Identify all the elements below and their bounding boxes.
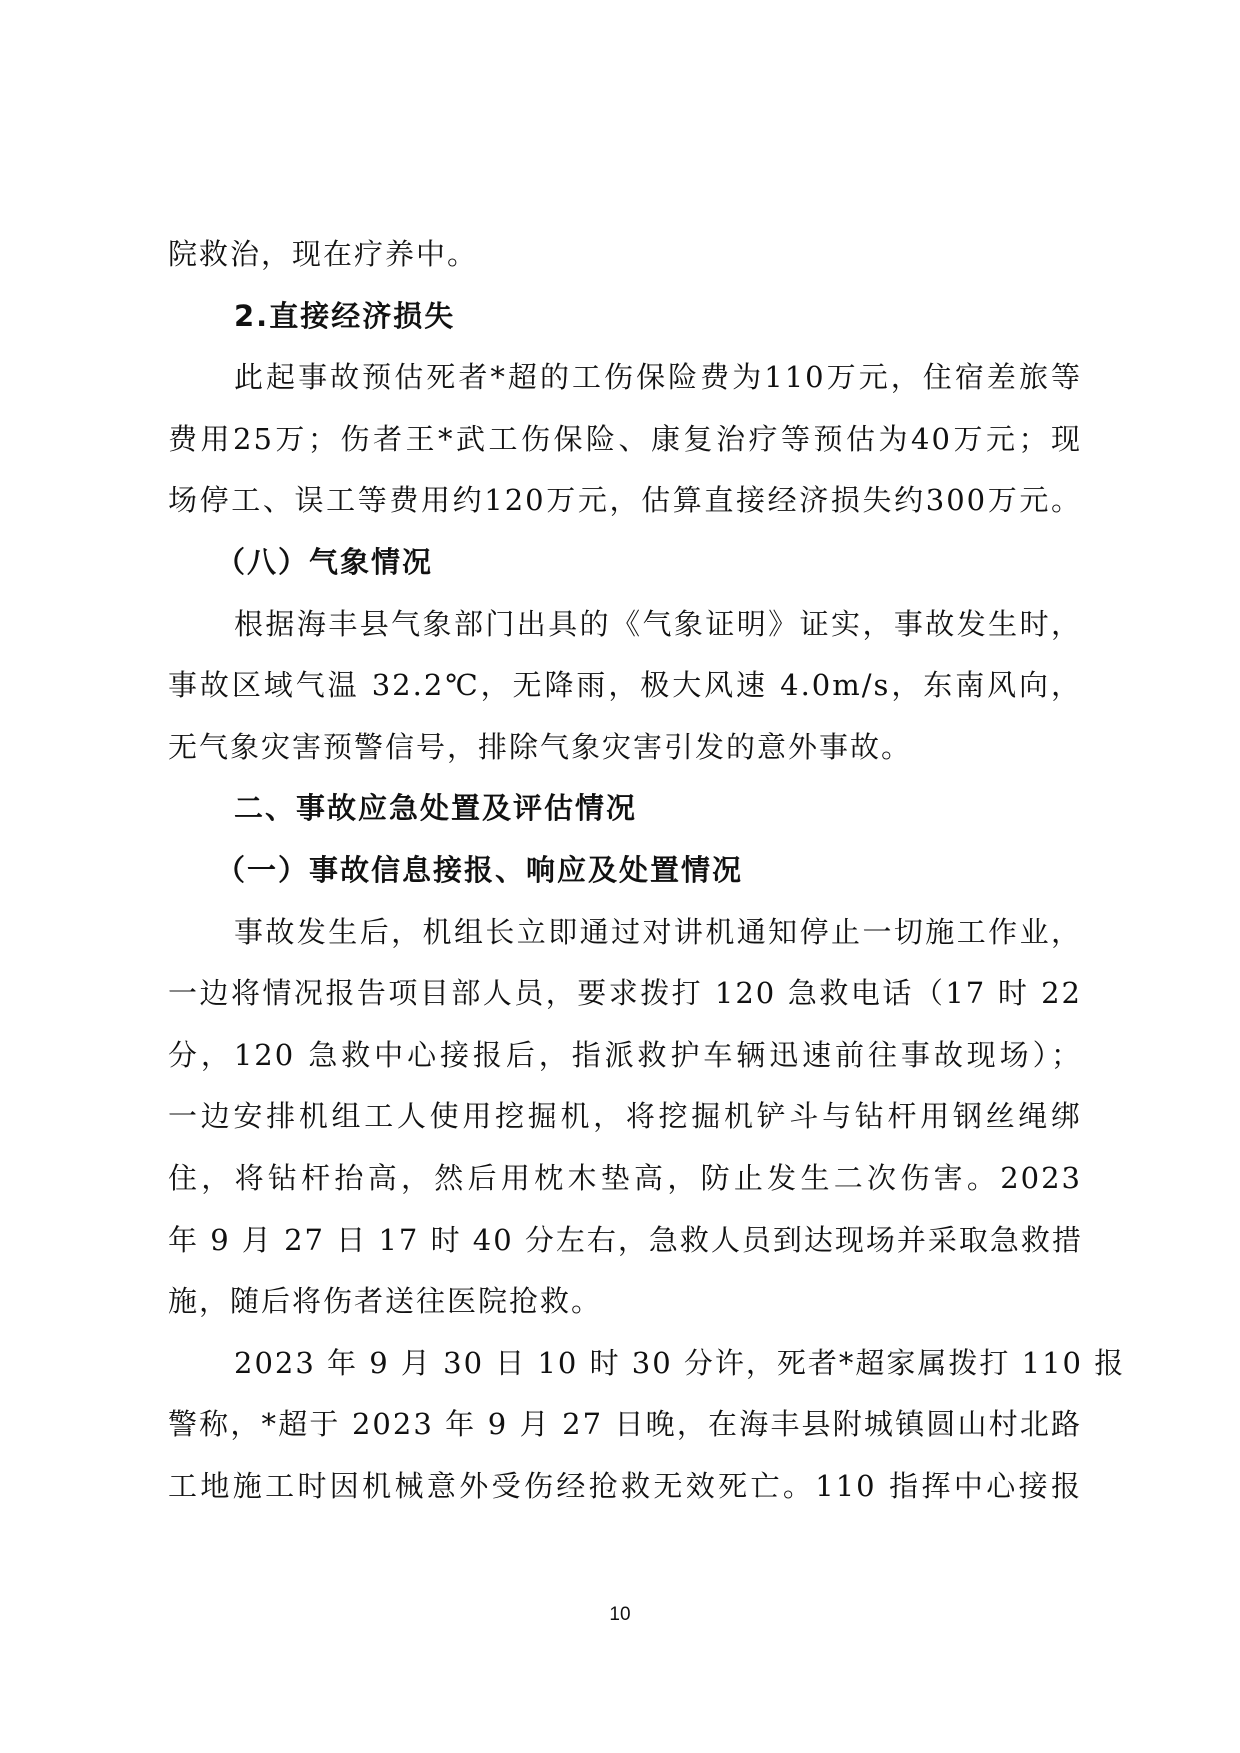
paragraph-line: 警称，*超于 2023 年 9 月 27 日晚，在海丰县附城镇圆山村北路 bbox=[168, 1394, 1082, 1456]
paragraph-line: 事故发生后，机组长立即通过对讲机通知停止一切施工作业， bbox=[168, 902, 1082, 964]
paragraph-line: 住，将钻杆抬高，然后用枕木垫高，防止发生二次伤害。2023 bbox=[168, 1148, 1082, 1210]
heading-incident-reporting: （一）事故信息接报、响应及处置情况 bbox=[168, 840, 1082, 902]
paragraph-line: 根据海丰县气象部门出具的《气象证明》证实，事故发生时， bbox=[168, 594, 1082, 656]
paragraph-line: 无气象灾害预警信号，排除气象灾害引发的意外事故。 bbox=[168, 717, 1082, 779]
paragraph-line: 年 9 月 27 日 17 时 40 分左右，急救人员到达现场并采取急救措 bbox=[168, 1210, 1082, 1272]
heading-direct-economic-loss: 2.直接经济损失 bbox=[168, 286, 1082, 348]
document-page: 院救治，现在疗养中。 2.直接经济损失 此起事故预估死者*超的工伤保险费为110… bbox=[168, 224, 1082, 1517]
paragraph-line: 费用25万；伤者王*武工伤保险、康复治疗等预估为40万元；现 bbox=[168, 409, 1082, 471]
paragraph-line: 场停工、误工等费用约120万元，估算直接经济损失约300万元。 bbox=[168, 470, 1082, 532]
paragraph-line: 此起事故预估死者*超的工伤保险费为110万元，住宿差旅等 bbox=[168, 347, 1082, 409]
paragraph-line: 事故区域气温 32.2℃，无降雨，极大风速 4.0m/s，东南风向， bbox=[168, 655, 1082, 717]
paragraph-line: 一边安排机组工人使用挖掘机，将挖掘机铲斗与钻杆用钢丝绳绑 bbox=[168, 1086, 1082, 1148]
paragraph-line: 工地施工时因机械意外受伤经抢救无效死亡。110 指挥中心接报 bbox=[168, 1456, 1082, 1518]
page-number: 10 bbox=[0, 1604, 1240, 1626]
paragraph-line: 一边将情况报告项目部人员，要求拨打 120 急救电话（17 时 22 bbox=[168, 963, 1082, 1025]
heading-emergency-response-section: 二、事故应急处置及评估情况 bbox=[168, 778, 1082, 840]
paragraph-line: 施，随后将伤者送往医院抢救。 bbox=[168, 1271, 1082, 1333]
paragraph-line: 分，120 急救中心接报后，指派救护车辆迅速前往事故现场）； bbox=[168, 1025, 1082, 1087]
heading-weather-conditions: （八）气象情况 bbox=[168, 532, 1082, 594]
paragraph-line: 院救治，现在疗养中。 bbox=[168, 224, 1082, 286]
paragraph-line: 2023 年 9 月 30 日 10 时 30 分许，死者*超家属拨打 110 … bbox=[168, 1333, 1082, 1395]
